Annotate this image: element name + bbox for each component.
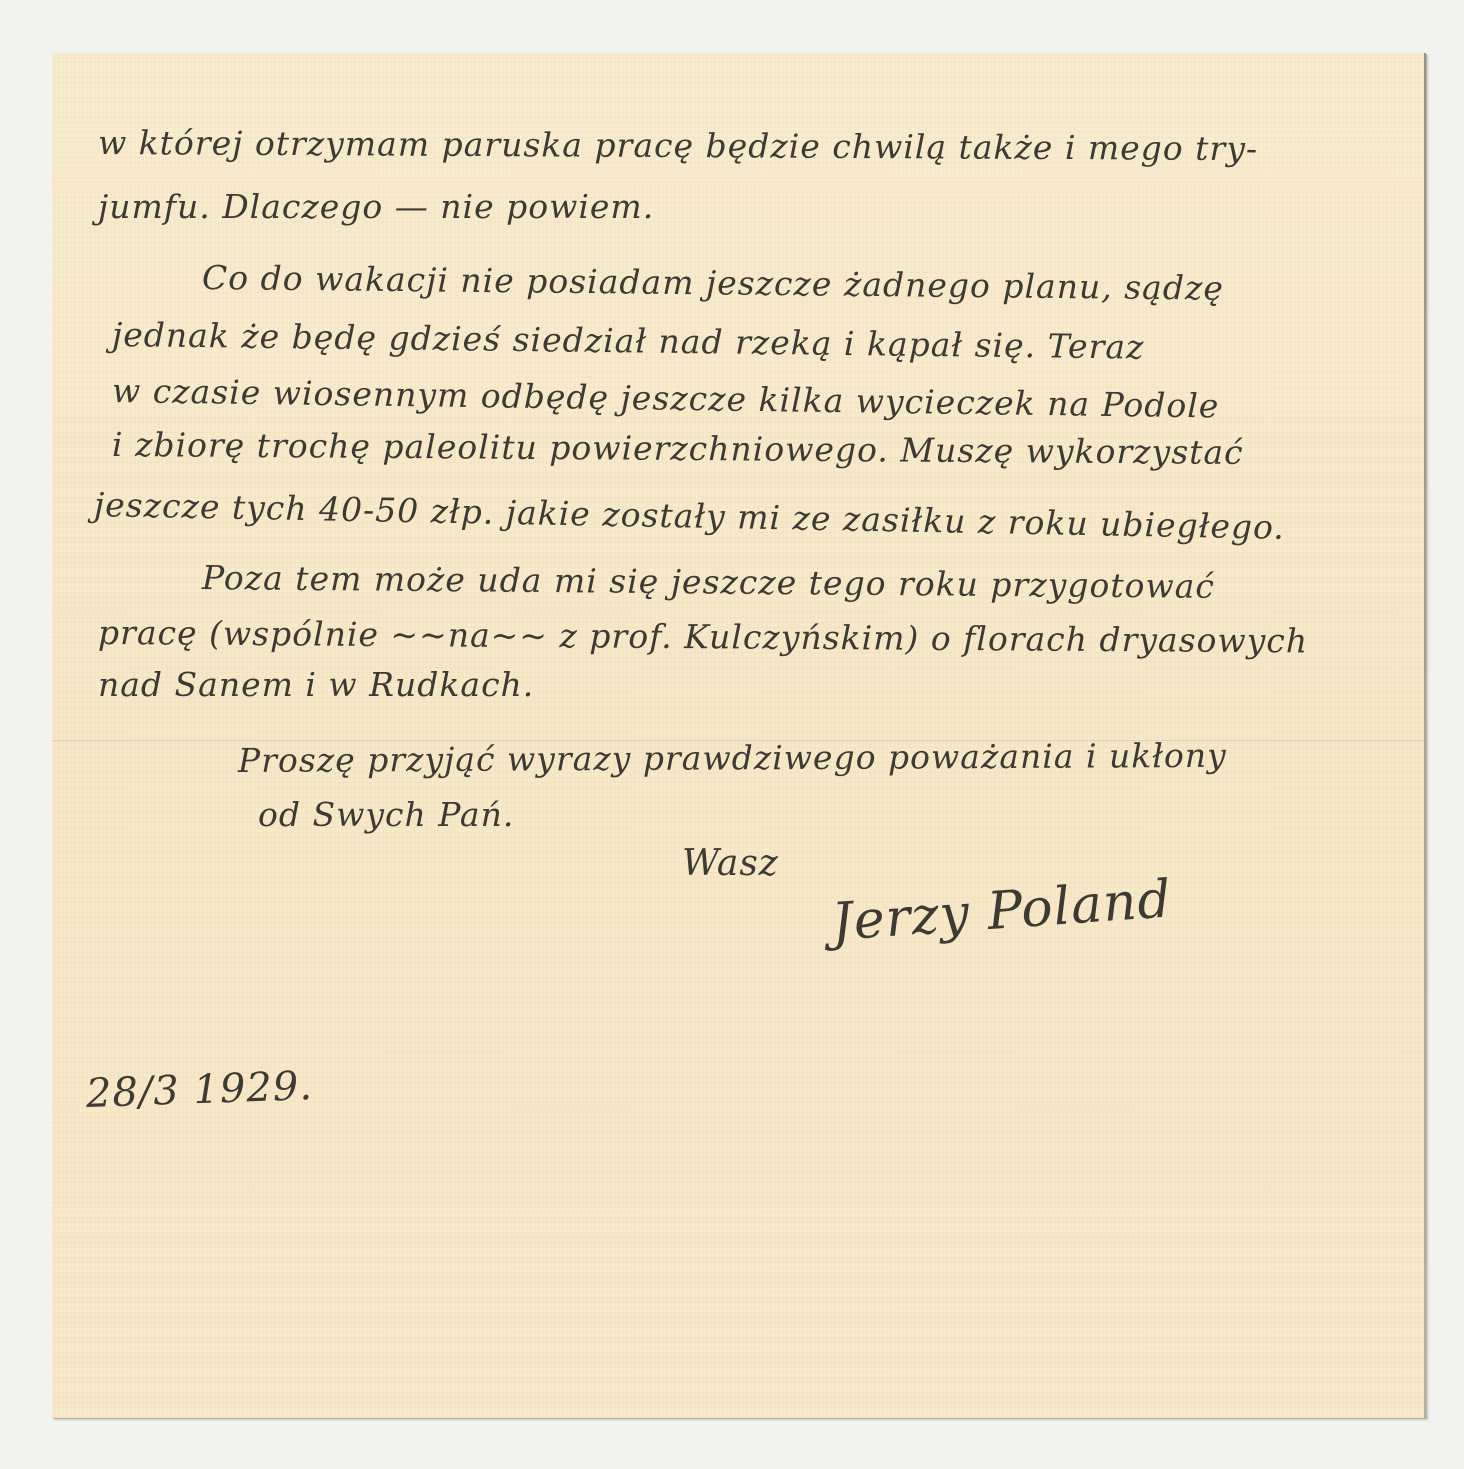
- scanned-page: w której otrzymam paruska pracę będzie c…: [0, 0, 1464, 1469]
- letter-sheet: w której otrzymam paruska pracę będzie c…: [52, 53, 1426, 1418]
- letter-line-7: jeszcze tych 40-50 złp. jakie zostały mi…: [94, 485, 1286, 547]
- letter-line-11: Proszę przyjąć wyrazy prawdziwego poważa…: [238, 736, 1227, 780]
- letter-line-3: Co do wakacji nie posiadam jeszcze żadne…: [202, 258, 1224, 308]
- letter-line-12: od Swych Pań.: [258, 795, 514, 834]
- letter-date: 28/3 1929.: [85, 1063, 314, 1117]
- letter-line-10: nad Sanem i w Rudkach.: [98, 665, 534, 704]
- letter-line-2: jumfu. Dlaczego — nie powiem.: [98, 187, 654, 226]
- letter-line-9: pracę (wspólnie ~~na~~ z prof. Kulczyńsk…: [98, 613, 1308, 660]
- letter-line-1: w której otrzymam paruska pracę będzie c…: [98, 123, 1258, 168]
- letter-line-8: Poza tem może uda mi się jeszcze tego ro…: [202, 558, 1215, 606]
- closing-text: Wasz: [682, 843, 779, 884]
- signature: Jerzy Poland: [830, 869, 1174, 953]
- letter-line-4: jednak że będę gdzieś siedział nad rzeką…: [112, 315, 1145, 367]
- letter-line-6: i zbiorę trochę paleolitu powierzchniowe…: [112, 425, 1244, 472]
- letter-line-5: w czasie wiosennym odbędę jeszcze kilka …: [112, 371, 1220, 425]
